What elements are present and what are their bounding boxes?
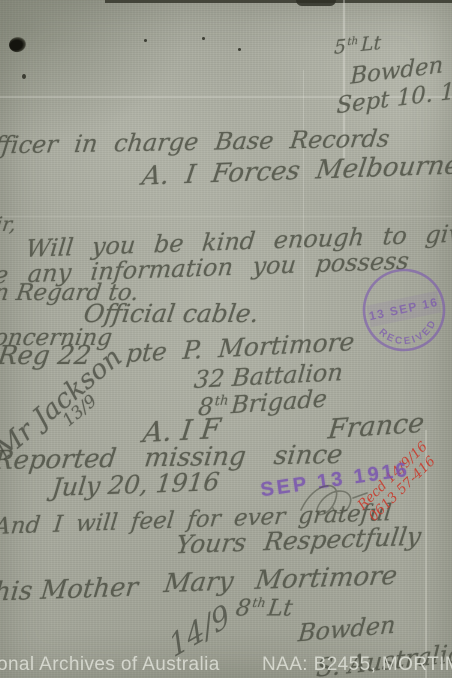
- watermark-archives: onal Archives of Australia: [0, 654, 220, 676]
- paper-hole: [7, 35, 27, 54]
- paper-speck: [238, 48, 241, 51]
- body-line4: Official cable.: [82, 301, 260, 326]
- paper-speck: [22, 74, 26, 79]
- paper-crease: [303, 70, 304, 370]
- paper-crease: [0, 216, 452, 217]
- letter-scan: 5thLt Bowden Sept 10. 19 fficer in charg…: [0, 0, 452, 678]
- signature-town: Bowden: [297, 613, 396, 646]
- received-stamp: 13 SEP 16 RECEIVED: [347, 253, 452, 367]
- signature-name: Mary Mortimore: [162, 563, 399, 597]
- recipient-line1: fficer in charge Base Records: [0, 127, 391, 158]
- paper-speck: [202, 37, 205, 40]
- sender-address-line1: 5thLt: [334, 33, 382, 57]
- pencil-scribble: [295, 474, 373, 526]
- paper-top-edge: [105, 0, 452, 3]
- salutation: ir,: [0, 214, 18, 234]
- force-location: France: [327, 410, 426, 444]
- paper-speck: [144, 39, 147, 42]
- missing-date: July 20, 1916: [51, 469, 221, 500]
- paper-top-edge-tear: [296, 0, 336, 6]
- watermark-series: NAA: B2455, MORTIMORE PER: [262, 654, 452, 676]
- recipient-line2: A. I Forces Melbourne: [140, 152, 452, 189]
- closing: Yours Respectfully: [174, 524, 422, 558]
- signature-relation: his Mother: [0, 574, 139, 605]
- signature-street: 8thLt: [234, 597, 294, 621]
